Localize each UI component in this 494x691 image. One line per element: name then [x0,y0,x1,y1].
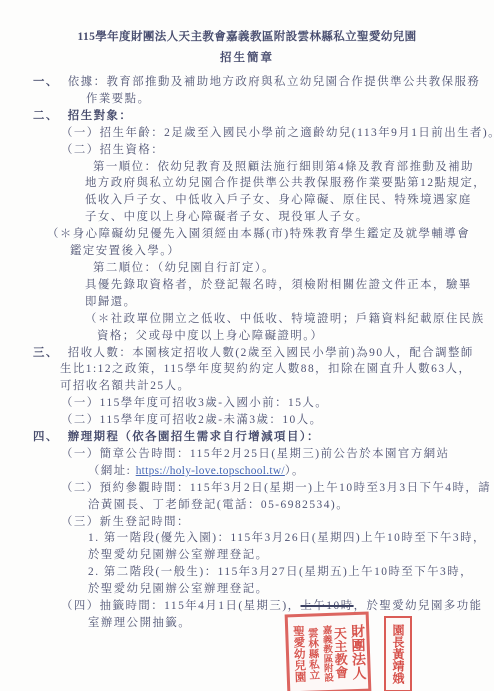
organization-seal-stamp: 財團法人 天主教會 嘉義教區附設 雲林縣私立 聖愛幼兒園 [285,612,372,691]
line-text: （二）115學年度可招收2歲-未滿3歲：10人。 [61,414,323,426]
line-text: （二）招生資格： [61,144,164,156]
doc-line: 於聖愛幼兒園辦公室辦理登記。 [0,547,494,564]
line-text: 即歸還。 [85,296,137,308]
kindergarten-website-link[interactable]: https://holy-love.topschool.tw/ [136,465,285,477]
line-text: 可招收名額共計25人。 [60,380,190,392]
section-marker: 一、 [33,76,59,88]
doc-line: 子女、中度以上身心障礙者子女、現役軍人子女。 [0,209,494,226]
seal-column: 天主教會 [333,626,348,678]
line-text: 招生對象： [68,110,132,122]
section-marker: 四、 [33,431,59,443]
doc-line: 於聖愛幼兒園辦公室辦理登記。 [0,581,494,598]
doc-line: （二）預約參觀時間：115年3月2日(星期一)上午10時至3月3日下午4時，請 [0,480,494,497]
line-text: 生比1:12之政策，115學年度契約約定人數88，扣除在園直升人數63人， [60,363,471,375]
admission-notice-page: 115學年度財團法人天主教會嘉義教區附設雲林縣私立聖愛幼兒園 招生簡章 一、依據… [0,0,494,691]
document-subtitle: 招生簡章 [0,48,494,69]
seal-column: 財團法人 [349,624,365,680]
line-text: 具優先錄取資格者，於登記報名時，須檢附相關佐證文件正本，驗畢 [85,279,472,291]
doc-line: 地方政府與私立幼兒園合作提供準公共教保服務作業要點第12點規定， [0,175,494,192]
line-text: 鑑定安置後入學。） [70,245,180,257]
line-text: 2. 第二階段(一般生)：115年3月27日(星期五)上午10時至下午3時， [88,566,473,578]
doc-line: 四、辦理期程（依各園招生需求自行增減項目）： [0,429,494,446]
doc-line: 洽黃園長、丁老師登記(電話：05-6982534)。 [0,497,494,514]
document-title: 115學年度財團法人天主教會嘉義教區附設雲林縣私立聖愛幼兒園 [0,27,494,48]
section-marker: 二、 [33,110,59,122]
doc-line: （一）招生年齡：2足歲至入國民小學前之適齡幼兒(113年9月1日前出生者)。 [0,125,494,142]
doc-line: 第二順位：（幼兒園自行訂定）。 [0,260,494,277]
line-text: 子女、中度以上身心障礙者子女、現役軍人子女。 [85,211,369,223]
line-text: 第二順位：（幼兒園自行訂定）。 [93,262,275,274]
line-text: 室辦理公開抽籤。 [88,617,191,629]
seal-column: 嘉義教區附設 [320,624,331,681]
doc-line: （二）115學年度可招收2歲-未滿3歲：10人。 [0,412,494,429]
line-text: 洽黃園長、丁老師登記(電話：05-6982534)。 [88,499,349,511]
line-text: 地方政府與私立幼兒園合作提供準公共教保服務作業要點第12點規定， [85,177,486,189]
line-text: （＊社政單位開立之低收、中低收、特境證明；戶籍資料紀載原住民族 [85,313,485,325]
line-text: 於聖愛幼兒園辦公室辦理登記。 [88,549,268,561]
doc-line: （一）簡章公告時間：115年2月25日(星期三)前公告於本園官方網站 [0,446,494,463]
line-text: 於聖愛幼兒園辦公室辦理登記。 [88,583,268,595]
doc-line-lottery: （四）抽籤時間：115年4月1日(星期三)，上午10時，於聖愛幼兒園多功能 [0,598,494,615]
url-suffix: ）。 [285,465,305,477]
doc-line: （三）新生登記時間： [0,514,494,531]
doc-line: （＊社政單位開立之低收、中低收、特境證明；戶籍資料紀載原住民族 [0,311,494,328]
line-text: 資格；父或母中度以上身心障礙證明。） [97,330,323,342]
doc-line: 資格；父或母中度以上身心障礙證明。） [0,328,494,345]
doc-line: 三、招收人數：本園核定招收人數(2歲至入國民小學前)為90人，配合調整師 [0,345,494,362]
doc-line: 一、依據：教育部推動及補助地方政府與私立幼兒園合作提供準公共教保服務 [0,74,494,91]
line-text: （一）招生年齡：2足歲至入國民小學前之適齡幼兒(113年9月1日前出生者)。 [61,127,494,139]
doc-line: 可招收名額共計25人。 [0,378,494,395]
director-seal-text: 園長黃靖娥 [392,624,404,684]
director-seal-stamp: 園長黃靖娥 [384,616,412,691]
section-marker: 三、 [33,347,59,359]
line-text: （＊身心障礙幼兒優先入園須經由本縣(市)特殊教育學生鑑定及就學輔導會 [47,228,470,240]
doc-line: 1. 第一階段(優先入園)：115年3月26日(星期四)上午10時至下午3時， [0,530,494,547]
line-text: 辦理期程（依各園招生需求自行增減項目）： [68,431,320,443]
struck-out-time: 上午10時 [301,600,354,612]
doc-line: 第一順位：依幼兒教育及照顧法施行細則第4條及教育部推動及補助 [0,159,494,176]
seal-column: 聖愛幼兒園 [291,625,304,683]
doc-line: 生比1:12之政策，115學年度契約約定人數88，扣除在園直升人數63人， [0,361,494,378]
lottery-pre-text: （四）抽籤時間：115年4月1日(星期三)， [61,600,301,612]
doc-line: （一）115學年度可招收3歲-入國小前：15人。 [0,395,494,412]
doc-line: 室辦理公開抽籤。 [0,615,494,632]
line-text: 低收入戶子女、中低收入戶子女、身心障礙、原住民、特殊境遇家庭 [85,194,472,206]
doc-line: 即歸還。 [0,294,494,311]
doc-line: 低收入戶子女、中低收入戶子女、身心障礙、原住民、特殊境遇家庭 [0,192,494,209]
doc-line: 二、招生對象： [0,108,494,125]
line-text: 1. 第一階段(優先入園)：115年3月26日(星期四)上午10時至下午3時， [88,532,486,544]
line-text: 第一順位：依幼兒教育及照顧法施行細則第4條及教育部推動及補助 [93,161,474,173]
doc-line: 鑑定安置後入學。） [0,243,494,260]
line-text: （一）115學年度可招收3歲-入國小前：15人。 [61,397,328,409]
doc-line: （二）招生資格： [0,142,494,159]
line-text: （三）新生登記時間： [61,516,190,528]
url-prefix: （網址: [88,465,136,477]
doc-line-website: （網址: https://holy-love.topschool.tw/）。 [0,463,494,480]
line-text: 作業要點。 [86,93,150,105]
line-text: （一）簡章公告時間：115年2月25日(星期三)前公告於本園官方網站 [61,448,450,460]
doc-line: （＊身心障礙幼兒優先入園須經由本縣(市)特殊教育學生鑑定及就學輔導會 [0,226,494,243]
line-text: 招收人數：本園核定招收人數(2歲至入國民小學前)為90人，配合調整師 [68,347,474,359]
doc-line: 具優先錄取資格者，於登記報名時，須檢附相關佐證文件正本，驗畢 [0,277,494,294]
line-text: （二）預約參觀時間：115年3月2日(星期一)上午10時至3月3日下午4時，請 [61,482,491,494]
line-text: 依據：教育部推動及補助地方政府與私立幼兒園合作提供準公共教保服務 [68,76,481,88]
lottery-post-text: ，於聖愛幼兒園多功能 [354,600,483,612]
seal-column: 雲林縣私立 [306,627,318,680]
doc-line: 作業要點。 [0,91,494,108]
doc-line: 2. 第二階段(一般生)：115年3月27日(星期五)上午10時至下午3時， [0,564,494,581]
